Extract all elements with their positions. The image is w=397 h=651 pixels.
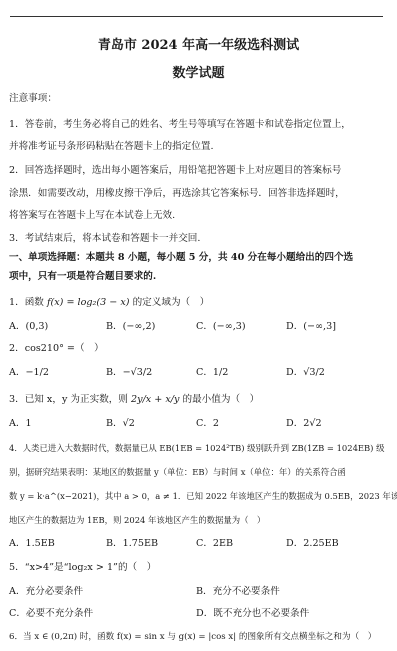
- exam-subtitle: 数学试题: [0, 62, 397, 81]
- question-4-line-3: 数 y = k·a^(x−2021)，其中 a > 0，a ≠ 1．已知 202…: [9, 489, 397, 503]
- q3-option-b[interactable]: B．√2: [106, 417, 135, 431]
- question-4-line-1: 4．人类已进入大数据时代，数据量已从 EB(1EB = 1024²TB) 级别跃…: [9, 441, 385, 455]
- question-2-stem: 2．cos210° =（ ）: [9, 342, 104, 356]
- q1-option-a[interactable]: A．(0,3): [9, 320, 48, 334]
- q5-option-c[interactable]: C．必要不充分条件: [9, 607, 93, 621]
- question-3-stem: 3．已知 x，y 为正实数，则 2y/x + x/y 的最小值为（ ）: [9, 393, 259, 407]
- q1-option-b[interactable]: B．(−∞,2): [106, 320, 155, 334]
- notes-heading: 注意事项：: [9, 92, 57, 106]
- note-3: 3．考试结束后，将本试卷和答题卡一并交回.: [9, 232, 200, 246]
- question-4-line-4: 地区产生的数据边为 1EB，则 2024 年该地区产生的数据量为（ ）: [9, 513, 265, 527]
- note-2-line-3: 将答案写在答题卡上写在本试卷上无效.: [9, 209, 175, 223]
- question-6-stem: 6．当 x ∈ (0,2π) 时，函数 f(x) = sin x 与 g(x) …: [9, 630, 376, 644]
- q1-option-c[interactable]: C．(−∞,3): [196, 320, 246, 334]
- question-1-stem: 1．函数 f(x) = log₂(3 − x) 的定义域为（ ）: [9, 296, 209, 310]
- q4-option-b[interactable]: B．1.75EB: [106, 537, 158, 551]
- q2-option-b[interactable]: B．−√3/2: [106, 366, 152, 380]
- q4-option-a[interactable]: A．1.5EB: [9, 537, 55, 551]
- note-2-line-2: 涂黑．如需要改动，用橡皮擦干净后，再选涂其它答案标号．回答非选择题时，: [9, 187, 345, 201]
- q1-option-d[interactable]: D．(−∞,3]: [286, 320, 336, 334]
- exam-title: 青岛市 2024 年高一年级选科测试: [0, 34, 397, 53]
- q2-option-c[interactable]: C．1/2: [196, 366, 228, 380]
- question-5-stem: 5．“x>4”是“log₂x > 1”的（ ）: [9, 561, 156, 575]
- q5-option-b[interactable]: B．充分不必要条件: [196, 585, 280, 599]
- q5-option-d[interactable]: D．既不充分也不必要条件: [196, 607, 309, 621]
- q4-option-d[interactable]: D．2.25EB: [286, 537, 339, 551]
- note-2-line-1: 2．回答选择题时，选出每小题答案后，用铅笔把答题卡上对应题目的答案标号: [9, 164, 341, 178]
- question-4-line-2: 别，据研究结果表明：某地区的数据量 y（单位：EB）与时间 x（单位：年）的关系…: [9, 465, 346, 479]
- top-rule: [10, 16, 383, 17]
- q3-option-c[interactable]: C．2: [196, 417, 219, 431]
- section-heading-line-1: 一、单项选择题：本题共 8 小题，每小题 5 分，共 40 分在每小题给出的四个…: [9, 251, 353, 265]
- q5-option-a[interactable]: A．充分必要条件: [9, 585, 83, 599]
- q2-option-a[interactable]: A．−1/2: [9, 366, 49, 380]
- q3-option-a[interactable]: A．1: [9, 417, 32, 431]
- note-1-line-1: 1．答卷前，考生务必将自己的姓名、考生号等填写在答题卡和试卷指定位置上，: [9, 118, 351, 132]
- section-heading-line-2: 项中，只有一项是符合题目要求的.: [9, 270, 156, 284]
- q2-option-d[interactable]: D．√3/2: [286, 366, 325, 380]
- note-1-line-2: 并将准考证号条形码粘贴在答题卡上的指定位置.: [9, 140, 214, 154]
- q3-option-d[interactable]: D．2√2: [286, 417, 322, 431]
- q4-option-c[interactable]: C．2EB: [196, 537, 233, 551]
